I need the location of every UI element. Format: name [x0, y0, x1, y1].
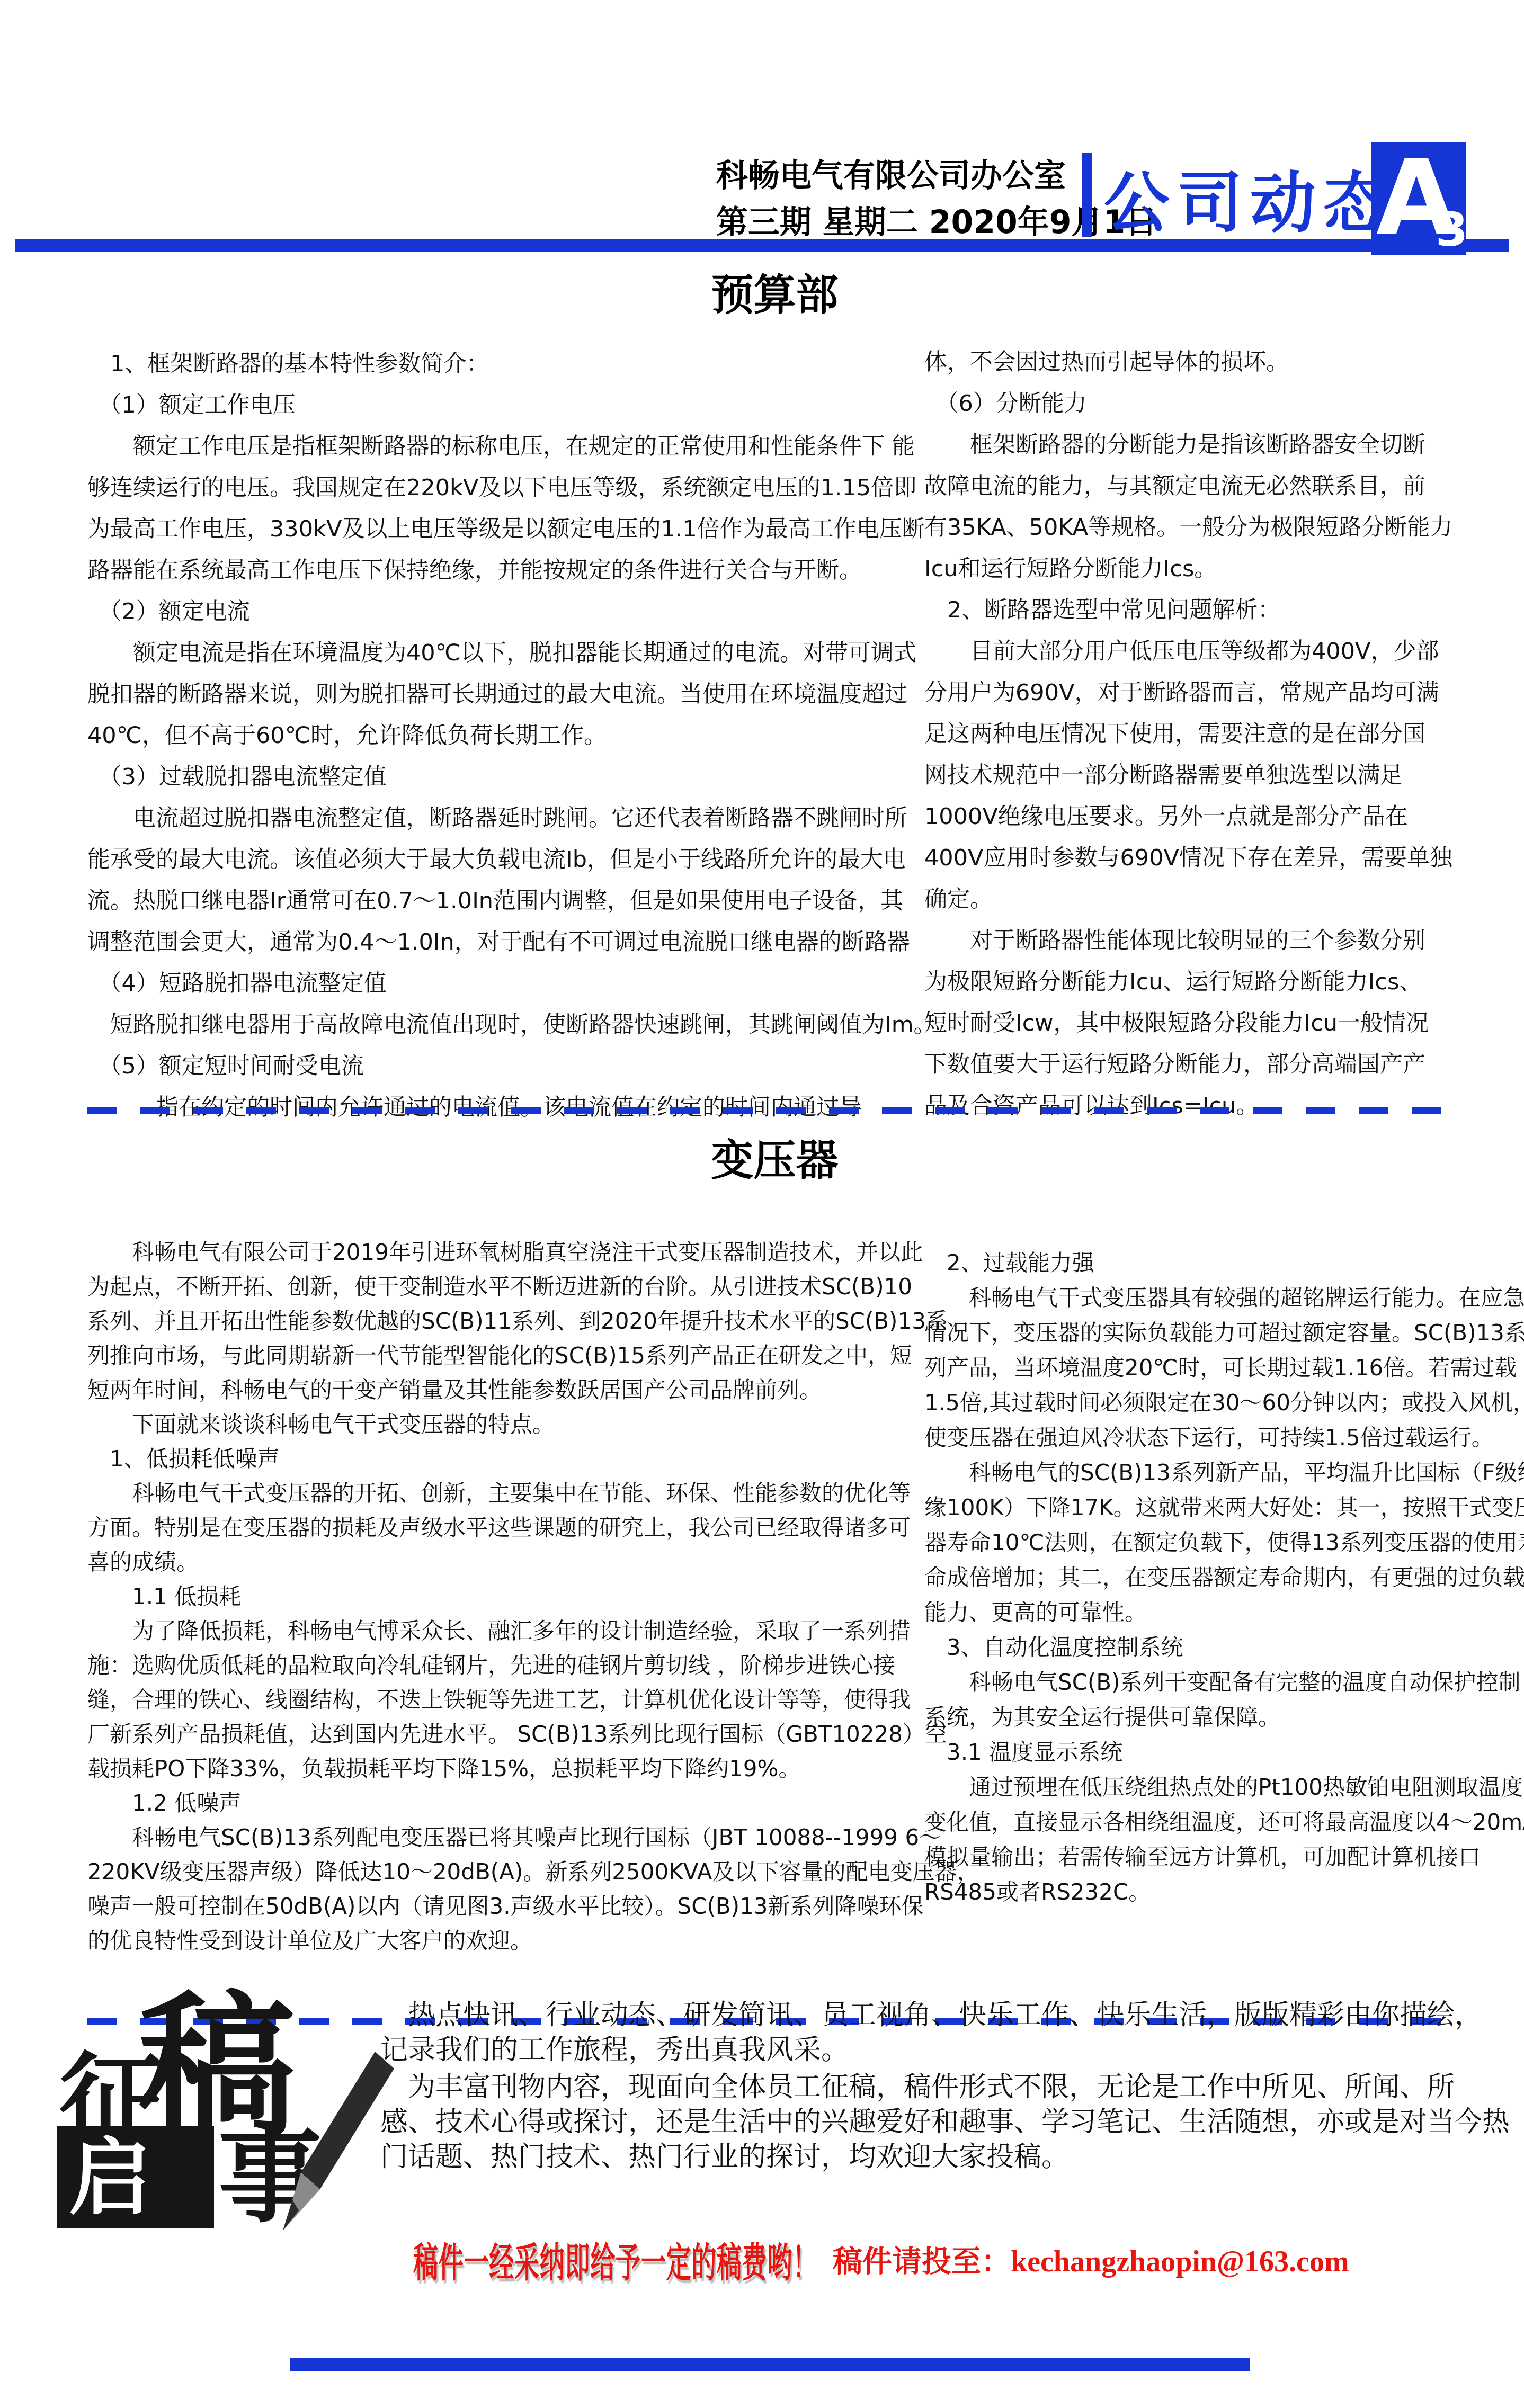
text-line: 脱扣器的断路器来说，则为脱扣器可长期通过的最大电流。当使用在环境温度超过 [87, 674, 829, 715]
text-line: 系统，为其安全运行提供可靠保障。 [924, 1700, 1462, 1735]
text-line: 系列、并且开拓出性能参数优越的SC(B)11系列、到2020年提升技术水平的SC… [87, 1304, 829, 1338]
text-line: Icu和运行短路分断能力Ics。 [924, 548, 1462, 589]
text-line: 220KV级变压器声级）降低达10～20dB(A)。新系列2500KVA及以下容… [87, 1855, 829, 1889]
text-line: 3.1 温度显示系统 [924, 1735, 1462, 1770]
fee-notice: 稿件一经采纳即给予一定的稿费哟！ [413, 2231, 818, 2288]
text-line: （3）过载脱扣器电流整定值 [87, 756, 829, 798]
masthead-divider [1082, 153, 1092, 237]
text-line: 缘100K）下降17K。这就带来两大好处：其一，按照干式变压 [924, 1490, 1462, 1525]
text-line: 为了降低损耗，科畅电气博采众长、融汇多年的设计制造经验，采取了一系列措 [87, 1614, 829, 1648]
article-transformer-title: 变压器 [87, 1126, 1462, 1187]
text-line: 短两年时间，科畅电气的干变产销量及其性能参数跃居国产公司品牌前列。 [87, 1373, 829, 1407]
text-line: 3、自动化温度控制系统 [924, 1630, 1462, 1665]
text-line: 故障电流的能力，与其额定电流无必然联系目，前 [924, 466, 1462, 507]
newspaper-page: 科畅电气有限公司办公室 第三期 星期二 2020年9月1日 公司动态 A 3 预… [0, 0, 1524, 2408]
bottom-rule [290, 2358, 1250, 2371]
text-line: 2、断路器选型中常见问题解析： [924, 589, 1462, 631]
text-line: 1.5倍,其过载时间必须限定在30～60分钟以内；或投入风机， [924, 1385, 1462, 1420]
text-line: 科畅电气SC(B)13系列配电变压器已将其噪声比现行国标（JBT 10088--… [87, 1820, 829, 1855]
text-line: 器寿命10℃法则，在额定负载下，使得13系列变压器的使用寿 [924, 1525, 1462, 1560]
text-line: （1）额定工作电压 [87, 384, 829, 426]
text-line: （2）额定电流 [87, 591, 829, 632]
page-badge: A 3 [1371, 142, 1466, 255]
text-line: 额定电流是指在环境温度为40℃以下，脱扣器能长期通过的电流。对带可调式 [87, 632, 829, 674]
text-line: 载损耗PO下降33%，负载损耗平均下降15%，总损耗平均下降约19%。 [87, 1751, 829, 1786]
text-line: 通过预埋在低压绕组热点处的Pt100热敏铂电阻测取温度 [924, 1770, 1462, 1805]
text-line: 热点快讯、行业动态、研发简讯、员工视角、快乐工作、快乐生活，版版精彩由你描绘， [380, 1998, 1482, 2033]
qi-box: 启 [57, 2126, 214, 2228]
text-line: 够连续运行的电压。我国规定在220kV及以下电压等级，系统额定电压的1.15倍即 [87, 467, 829, 508]
text-line: 路器能在系统最高工作电压下保持绝缘，并能按规定的条件进行关合与开断。 [87, 550, 829, 591]
text-line: 能力、更高的可靠性。 [924, 1595, 1462, 1630]
text-line: 下数值要大于运行短路分断能力，部分高端国产产 [924, 1044, 1462, 1085]
text-line: 科畅电气干式变压器具有较强的超铭牌运行能力。在应急 [924, 1281, 1462, 1315]
text-line: （5）额定短时间耐受电流 [87, 1045, 829, 1087]
text-line: 框架断路器的分断能力是指该断路器安全切断 [924, 424, 1462, 466]
text-line: 短路脱扣继电器用于高故障电流值出现时，使断路器快速跳闸，其跳闸阈值为Im。 [87, 1004, 829, 1045]
text-line: 为最高工作电压，330kV及以上电压等级是以额定电压的1.1倍作为最高工作电压断 [87, 508, 829, 550]
text-line: 分用户为690V，对于断路器而言，常规产品均可满 [924, 672, 1462, 713]
text-line: 足这两种电压情况下使用，需要注意的是在部分国 [924, 713, 1462, 755]
text-line: 为起点，不断开拓、创新，使干变制造水平不断迈进新的台阶。从引进技术SC(B)10 [87, 1269, 829, 1304]
text-line: 流。热脱口继电器Ir通常可在0.7～1.0In范围内调整，但是如果使用电子设备，… [87, 880, 829, 921]
text-line: 缝，合理的铁心、线圈结构，不迭上铁轭等先进工艺，计算机优化设计等等，使得我 [87, 1682, 829, 1717]
text-line: 400V应用时参数与690V情况下存在差异，需要单独 [924, 837, 1462, 879]
text-line: 科畅电气的SC(B)13系列新产品，平均温升比国标（F级绝 [924, 1455, 1462, 1490]
text-line: （6）分断能力 [924, 383, 1462, 424]
text-line: 对于断路器性能体现比较明显的三个参数分别 [924, 920, 1462, 961]
text-line: 确定。 [924, 879, 1462, 920]
text-line: 1、低损耗低噪声 [87, 1442, 829, 1476]
text-line: 喜的成绩。 [87, 1545, 829, 1579]
text-line: 方面。特别是在变压器的损耗及声级水平这些课题的研究上，我公司已经取得诸多可 [87, 1510, 829, 1545]
text-line: 40℃，但不高于60℃时，允许降低负荷长期工作。 [87, 715, 829, 756]
text-line: 记录我们的工作旅程，秀出真我风采。 [380, 2033, 1482, 2067]
text-line: 科畅电气干式变压器的开拓、创新，主要集中在节能、环保、性能参数的优化等 [87, 1476, 829, 1510]
header-office-line: 科畅电气有限公司办公室 [716, 155, 1066, 197]
qi-char: 启 [69, 2136, 151, 2219]
budget-right-column: 体，不会因过热而引起导体的损坏。 （6）分断能力 框架断路器的分断能力是指该断路… [924, 342, 1462, 1126]
text-line: 2、过载能力强 [924, 1246, 1462, 1281]
text-line: RS485或者RS232C。 [924, 1875, 1462, 1910]
transformer-left-column: 科畅电气有限公司于2019年引进环氧树脂真空浇注干式变压器制造技术，并以此为起点… [87, 1235, 829, 1958]
text-line: 噪声一般可控制在50dB(A)以内（请见图3.声级水平比较）。SC(B)13新系… [87, 1889, 829, 1923]
text-line: 科畅电气SC(B)系列干变配备有完整的温度自动保护控制 [924, 1665, 1462, 1700]
text-line: 目前大部分用户低压电压等级都为400V，少部 [924, 631, 1462, 672]
text-line: 感、技术心得或探讨，还是生活中的兴趣爱好和趣事、学习笔记、生活随想，亦或是对当今… [380, 2105, 1510, 2140]
text-line: 能承受的最大电流。该值必须大于最大负载电流Ib，但是小于线路所允许的最大电 [87, 839, 829, 880]
text-line: 列推向市场，与此同期崭新一代节能型智能化的SC(B)15系列产品正在研发之中，短 [87, 1338, 829, 1373]
text-line: 网技术规范中一部分断路器需要单独选型以满足 [924, 755, 1462, 796]
article-budget-title: 预算部 [87, 261, 1462, 321]
text-line: （4）短路脱扣器电流整定值 [87, 963, 829, 1004]
text-line: 的优良特性受到设计单位及广大客户的欢迎。 [87, 1923, 829, 1958]
submit-email-line: 稿件请投至：kechangzhaopin@163.com [833, 2238, 1349, 2280]
text-line: 情况下，变压器的实际负载能力可超过额定容量。SC(B)13系 [924, 1315, 1462, 1350]
text-line: 命成倍增加；其二，在变压器额定寿命期内，有更强的过负载 [924, 1560, 1462, 1595]
pen-icon [271, 2048, 398, 2242]
text-line: 科畅电气有限公司于2019年引进环氧树脂真空浇注干式变压器制造技术，并以此 [87, 1235, 829, 1269]
text-line: 1、框架断路器的基本特性参数简介： [87, 343, 829, 384]
text-line: 模拟量输出；若需传输至远方计算机，可加配计算机接口 [924, 1840, 1462, 1875]
budget-left-column: 1、框架断路器的基本特性参数简介： （1）额定工作电压 额定工作电压是指框架断路… [87, 343, 829, 1128]
text-line: 电流超过脱扣器电流整定值，断路器延时跳闸。它还代表着断路器不跳闸时所 [87, 798, 829, 839]
text-line: 门话题、热门技术、热门行业的探讨，均欢迎大家投稿。 [380, 2140, 1510, 2174]
text-line: 体，不会因过热而引起导体的损坏。 [924, 342, 1462, 383]
text-line: 品及合资产品可以达到Ics=Icu。 [924, 1085, 1462, 1126]
page-badge-number: 3 [1436, 207, 1468, 253]
text-line: 下面就来谈谈科畅电气干式变压器的特点。 [87, 1407, 829, 1442]
text-line: 调整范围会更大，通常为0.4～1.0In，对于配有不可调过电流脱口继电器的断路器 [87, 921, 829, 963]
text-line: 列产品，当环境温度20℃时，可长期过载1.16倍。若需过载 [924, 1350, 1462, 1385]
text-line: 1.2 低噪声 [87, 1786, 829, 1820]
dashed-separator-1 [87, 1107, 1463, 1114]
transformer-right-column: 2、过载能力强 科畅电气干式变压器具有较强的超铭牌运行能力。在应急情况下，变压器… [924, 1246, 1462, 1910]
text-line: 短时耐受Icw，其中极限短路分段能力Icu一般情况 [924, 1002, 1462, 1044]
text-line: 1000V绝缘电压要求。另外一点就是部分产品在 [924, 796, 1462, 837]
submission-paragraph-2: 为丰富刊物内容，现面向全体员工征稿，稿件形式不限，无论是工作中所见、所闻、所感、… [380, 2070, 1510, 2174]
submission-paragraph-1: 热点快讯、行业动态、研发简讯、员工视角、快乐工作、快乐生活，版版精彩由你描绘，记… [380, 1998, 1482, 2067]
text-line: 厂新系列产品损耗值，达到国内先进水平。 SC(B)13系列比现行国标（GBT10… [87, 1717, 829, 1751]
text-line: 为极限短路分断能力Icu、运行短路分断能力Ics、 [924, 961, 1462, 1002]
text-line: 额定工作电压是指框架断路器的标称电压，在规定的正常使用和性能条件下 能 [87, 426, 829, 467]
text-line: 有35KA、50KA等规格。一般分为极限短路分断能力 [924, 507, 1462, 548]
text-line: 施：选购优质低耗的晶粒取向冷轧硅钢片，先进的硅钢片剪切线 ，阶梯步进铁心接 [87, 1648, 829, 1682]
text-line: 为丰富刊物内容，现面向全体员工征稿，稿件形式不限，无论是工作中所见、所闻、所 [380, 2070, 1510, 2105]
text-line: 使变压器在强迫风冷状态下运行，可持续1.5倍过载运行。 [924, 1420, 1462, 1455]
text-line: 1.1 低损耗 [87, 1579, 829, 1614]
header-rule [15, 239, 1509, 252]
text-line: 变化值，直接显示各相绕组温度，还可将最高温度以4～20mA [924, 1805, 1462, 1840]
masthead-title: 公司动态 [1104, 150, 1396, 245]
